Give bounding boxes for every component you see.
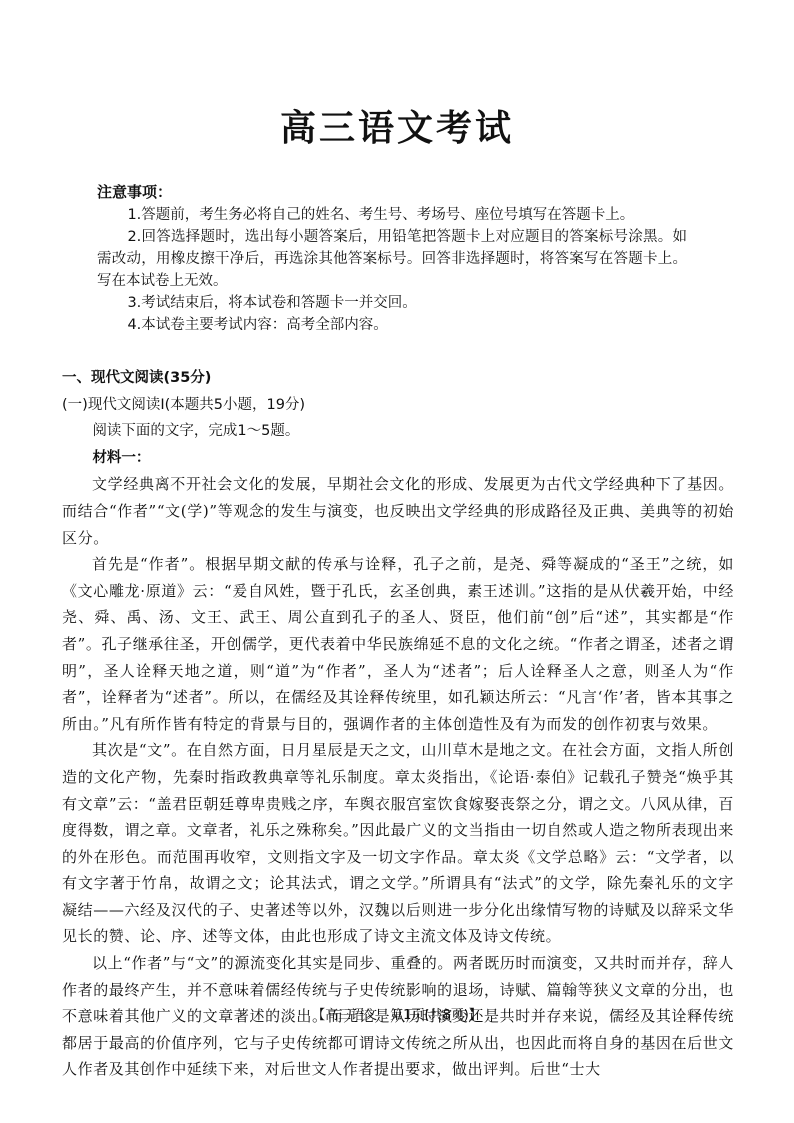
exam-page: 高三语文考试 注意事项： 1.答题前，考生务必将自己的姓名、考生号、考场号、座位…: [0, 0, 794, 1123]
notice-item-4: 4.本试卷主要考试内容：高考全部内容。: [97, 314, 687, 336]
reading-section: 一、现代文阅读(35分) (一)现代文阅读Ⅰ(本题共5小题，19分) 阅读下面的…: [62, 365, 734, 1083]
passage-paragraph-2: 首先是“作者”。根据早期文献的传承与诠释，孔子之前，是尧、舜等凝成的“圣王”之统…: [62, 551, 734, 737]
notice-item-1: 1.答题前，考生务必将自己的姓名、考生号、考场号、座位号填写在答题卡上。: [97, 204, 687, 226]
notice-item-2: 2.回答选择题时，选出每小题答案后，用铅笔把答题卡上对应题目的答案标号涂黑。如需…: [97, 226, 687, 292]
notice-block: 注意事项： 1.答题前，考生务必将自己的姓名、考生号、考场号、座位号填写在答题卡…: [97, 181, 687, 336]
notice-item-3: 3.考试结束后，将本试卷和答题卡一并交回。: [97, 292, 687, 314]
section-subheading: (一)现代文阅读Ⅰ(本题共5小题，19分): [62, 392, 734, 419]
reading-instruction: 阅读下面的文字，完成1～5题。: [62, 418, 734, 445]
page-title: 高三语文考试: [0, 100, 794, 151]
section-heading: 一、现代文阅读(35分): [62, 365, 734, 392]
notice-heading: 注意事项：: [97, 181, 687, 203]
page-footer: 【高三语文 第1页(共8页)】: [0, 1004, 794, 1023]
material-label: 材料一：: [62, 445, 734, 472]
passage-paragraph-3: 其次是“文”。在自然方面，日月星辰是天之文，山川草木是地之文。在社会方面，文指人…: [62, 737, 734, 950]
passage-paragraph-1: 文学经典离不开社会文化的发展，早期社会文化的形成、发展更为古代文学经典种下了基因…: [62, 471, 734, 551]
